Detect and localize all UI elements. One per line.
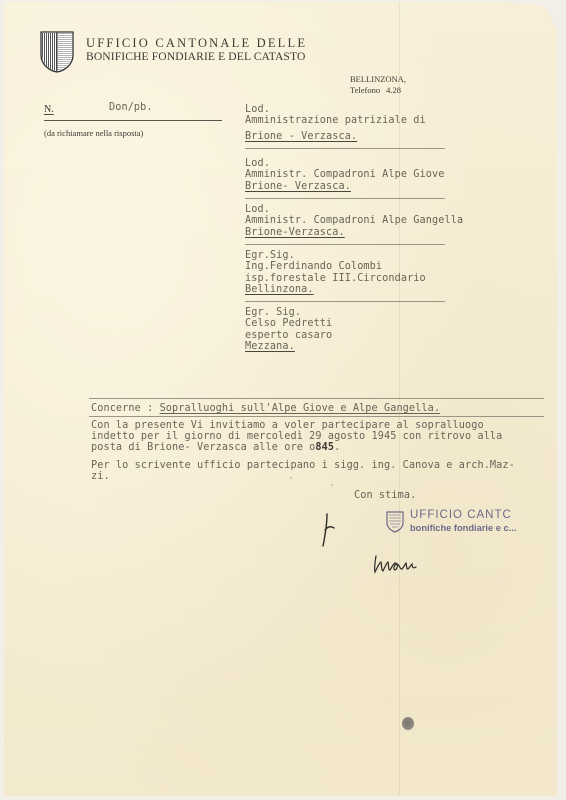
recipient-block: Lod. Amministr. Compadroni Alpe Giove Br… [245,158,444,192]
recipient-name: Ing.Ferdinando Colombi [245,261,426,272]
letterhead-department: BONIFICHE FONDIARIE E DEL CATASTO [86,50,305,63]
letter-body: Con la presente Vi invitiamo a voler par… [91,420,551,454]
stamp-line-2: bonifiche fondiarie e c... [410,523,516,533]
closing-phrase: Con stima. [354,490,416,501]
recipient-name: Amministr. Compadroni Alpe Gangella [245,215,463,226]
ink-stain [402,717,414,730]
recipient-name: Amministrazione patriziale di [245,115,426,126]
office-stamp: UFFICIO CANTC bonifiche fondiarie e c... [386,509,556,537]
subject-label: Concerne : [91,403,153,414]
divider [89,398,544,399]
phone-label: Telefono [350,85,380,95]
paper-speck [562,24,564,26]
meeting-time: 845 [315,442,334,453]
phone-number: 4.28 [386,85,401,95]
reference-note: (da richiamare nella risposta) [44,128,143,138]
body-line: posta di Brione- Verzasca alle ore o845. [91,442,551,453]
letterhead-office-name: UFFICIO CANTONALE DELLE [86,36,307,51]
recipient-block: Lod. Amministrazione patriziale di Brion… [245,104,426,142]
divider [245,148,445,149]
signature-initial [322,512,336,548]
recipient-salutation: Lod. [245,158,444,169]
recipient-salutation: Lod. [245,104,426,115]
letterhead-phone: Telefono4.28 [350,85,401,95]
body-text: posta di Brione- Verzasca alle ore o [91,442,315,453]
recipient-name: Celso Pedretti [245,318,332,329]
reference-line [44,120,222,121]
body-line: Per lo scrivente ufficio partecipano i s… [91,460,515,471]
recipient-place: Brione-Verzasca. [245,227,463,238]
recipient-block: Egr.Sig. Ing.Ferdinando Colombi isp.fore… [245,250,426,295]
letterhead-city: BELLINZONA, [350,74,406,84]
recipient-name: Amministr. Compadroni Alpe Giove [245,169,444,180]
recipient-place: Brione - Verzasca. [245,131,426,142]
body-text: . [334,442,340,453]
letter-page: UFFICIO CANTONALE DELLE BONIFICHE FONDIA… [4,2,557,796]
body-line: zi. [91,471,515,482]
letter-paragraph-2: Per lo scrivente ufficio partecipano i s… [91,460,515,482]
stamp-line-1: UFFICIO CANTC [410,509,512,521]
recipient-place: Bellinzona. [245,284,426,295]
body-line: Con la presente Vi invitiamo a voler par… [91,420,551,431]
recipient-salutation: Egr.Sig. [245,250,426,261]
recipient-salutation: Lod. [245,204,463,215]
recipient-place: Mezzana. [245,341,332,352]
signature-name [372,550,420,576]
recipient-title: isp.forestale III.Circondario [245,273,426,284]
body-line: indetto per il giorno di mercoledì 29 ag… [91,431,551,442]
reference-number-label: N. [44,104,54,115]
recipient-block: Egr. Sig. Celso Pedretti esperto casaro … [245,307,332,352]
recipient-block: Lod. Amministr. Compadroni Alpe Gangella… [245,204,463,238]
divider [89,416,544,417]
paper-speck [290,477,292,479]
paper-speck [331,484,333,486]
recipient-place: Brione- Verzasca. [245,181,444,192]
subject-line: Concerne : Sopralluoghi sull'Alpe Giove … [91,403,440,414]
shield-crest-icon [40,31,74,73]
reference-number-value: Don/pb. [109,102,153,113]
divider [245,244,445,245]
divider [245,301,445,302]
recipient-title: esperto casaro [245,330,332,341]
divider [245,198,445,199]
stamp-crest-icon [386,511,404,533]
recipient-salutation: Egr. Sig. [245,307,332,318]
subject-text: Sopralluoghi sull'Alpe Giove e Alpe Gang… [160,403,441,414]
